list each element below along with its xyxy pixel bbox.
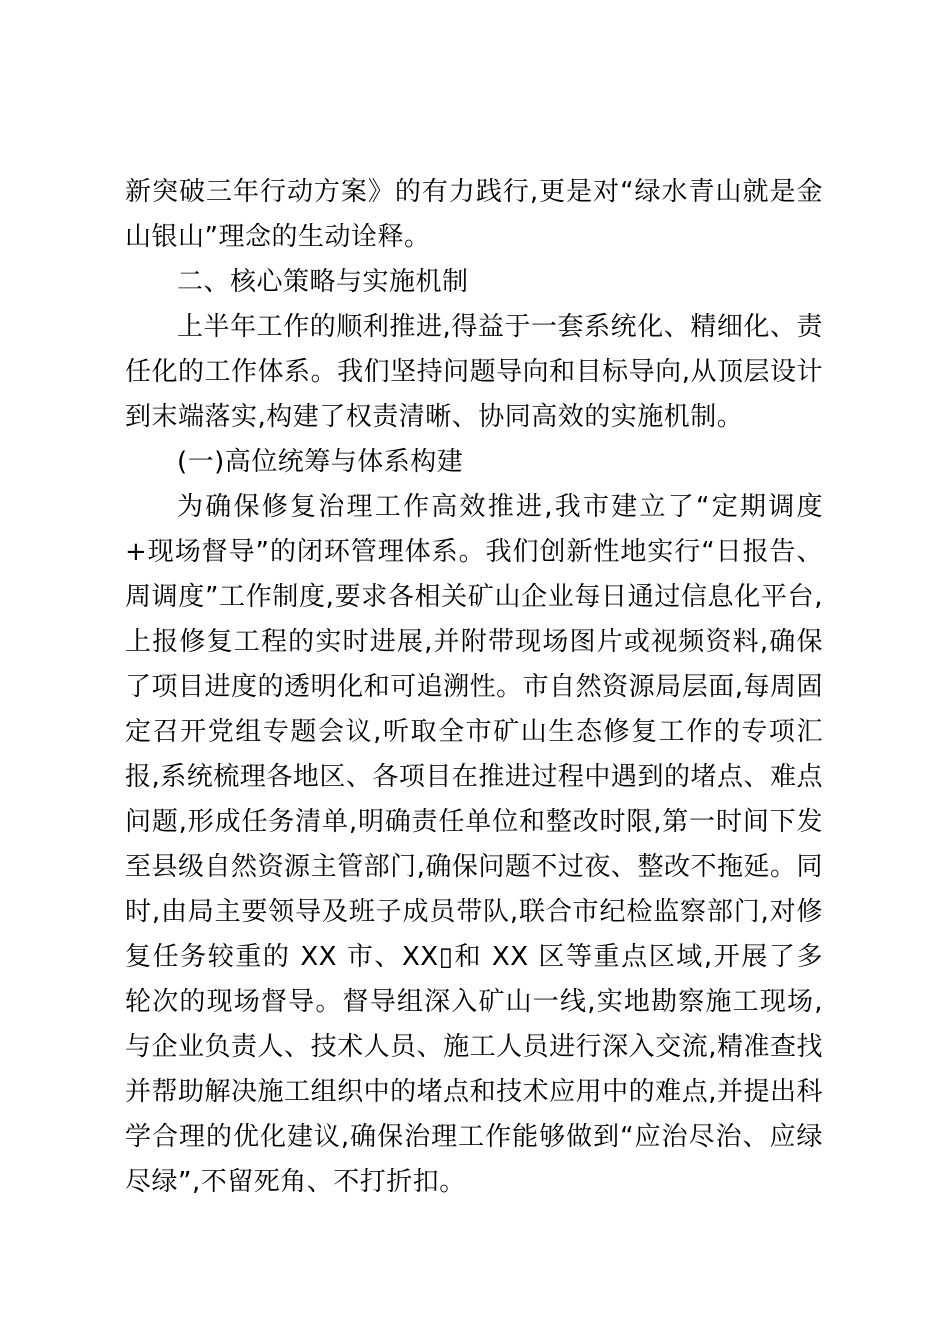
paragraph: 新突破三年行动方案》的有力践行,更是对“绿水青山就是金山银山”理念的生动诠释。 — [125, 170, 823, 260]
section-heading: (一)高位统筹与体系构建 — [125, 440, 823, 485]
document-page: 新突破三年行动方案》的有力践行,更是对“绿水青山就是金山银山”理念的生动诠释。二… — [0, 0, 950, 1344]
paragraph: 上半年工作的顺利推进,得益于一套系统化、精细化、责任化的工作体系。我们坚持问题导… — [125, 305, 823, 440]
paragraph: 为确保修复治理工作高效推进,我市建立了“定期调度+现场督导”的闭环管理体系。我们… — [125, 485, 823, 1205]
section-heading: 二、核心策略与实施机制 — [125, 260, 823, 305]
document-body: 新突破三年行动方案》的有力践行,更是对“绿水青山就是金山银山”理念的生动诠释。二… — [125, 170, 823, 1205]
